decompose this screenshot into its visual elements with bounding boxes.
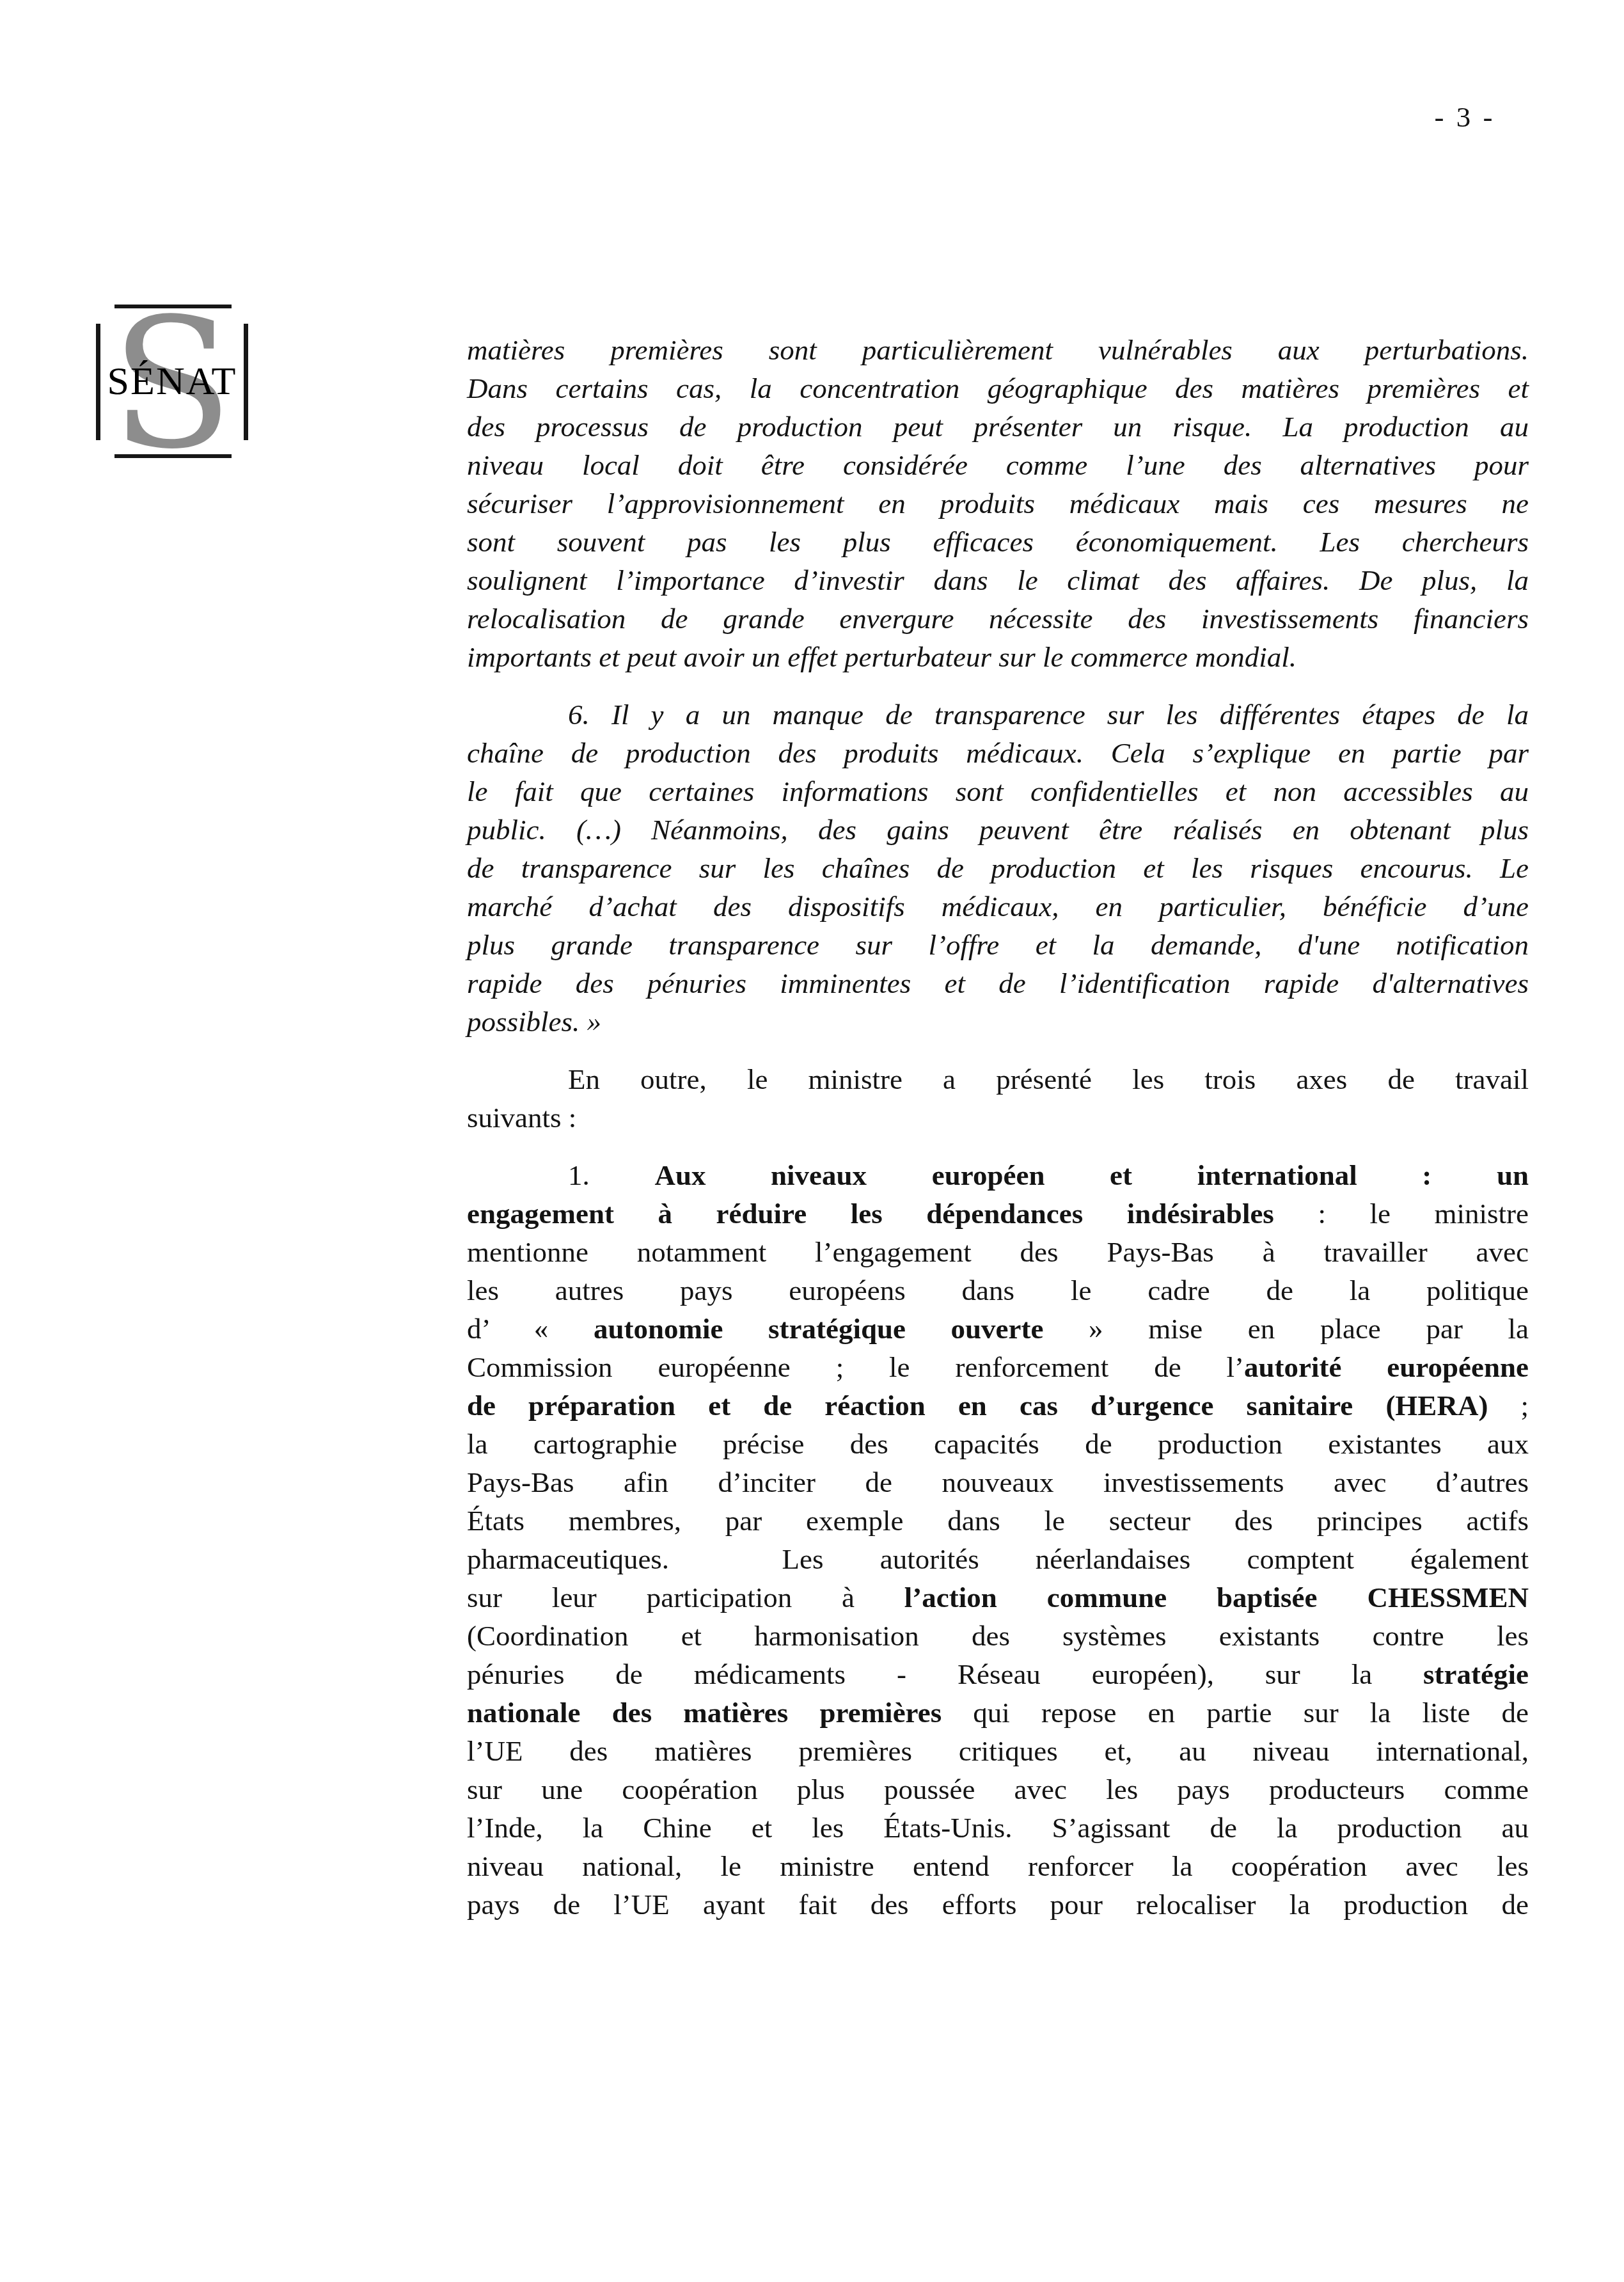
text-run: pharmaceutiques. Les autorités néerlanda… [467,1543,1529,1575]
text-line: des processus de production peut présent… [467,408,1529,446]
text-run: marché d’achat des dispositifs médicaux,… [467,891,1529,923]
text-run: Pays-Bas afin d’inciter de nouveaux inve… [467,1466,1529,1498]
text-line: sont souvent pas les plus efficaces écon… [467,523,1529,561]
text-line: États membres, par exemple dans le secte… [467,1502,1529,1540]
text-line: les autres pays européens dans le cadre … [467,1271,1529,1310]
text-run: plus grande transparence sur l’offre et … [467,929,1529,961]
text-run: l’UE des matières premières critiques et… [467,1735,1529,1767]
text-line: niveau national, le ministre entend renf… [467,1847,1529,1885]
text-run: : le ministre [1274,1198,1529,1230]
text-run: États membres, par exemple dans le secte… [467,1505,1529,1537]
text-line: l’Inde, la Chine et les États-Unis. S’ag… [467,1809,1529,1847]
document-body: matières premières sont particulièrement… [467,331,1529,1924]
text-line: pénuries de médicaments - Réseau europée… [467,1655,1529,1693]
text-line: plus grande transparence sur l’offre et … [467,926,1529,964]
text-run: chaîne de production des produits médica… [467,737,1529,769]
text-run: l’Inde, la Chine et les États-Unis. S’ag… [467,1812,1529,1844]
logo-rule-left [96,324,100,440]
text-run: importants et peut avoir un effet pertur… [467,641,1297,673]
text-run: 6. Il y a un manque de transparence sur … [568,699,1529,731]
text-line: Dans certains cas, la concentration géog… [467,369,1529,408]
body-paragraph: 6. Il y a un manque de transparence sur … [467,695,1529,1041]
text-line: Commission européenne ; le renforcement … [467,1348,1529,1386]
text-run: sont souvent pas les plus efficaces écon… [467,526,1529,558]
text-line: chaîne de production des produits médica… [467,734,1529,772]
text-line: soulignent l’importance d’investir dans … [467,561,1529,599]
text-run: matières premières sont particulièrement… [467,334,1529,366]
text-line: pays de l’UE ayant fait des efforts pour… [467,1885,1529,1924]
text-run: ; [1488,1390,1529,1422]
text-run: possibles. » [467,1006,601,1038]
bold-text-run: stratégie [1423,1658,1529,1690]
text-line: sur leur participation à l’action commun… [467,1578,1529,1617]
text-line: niveau local doit être considérée comme … [467,446,1529,484]
text-line: l’UE des matières premières critiques et… [467,1732,1529,1770]
text-run: suivants : [467,1102,576,1134]
bold-text-run: engagement à réduire les dépendances ind… [467,1198,1274,1230]
text-run: soulignent l’importance d’investir dans … [467,564,1529,596]
text-line: (Coordination et harmonisation des systè… [467,1617,1529,1655]
text-run: qui repose en partie sur la liste de [942,1697,1529,1729]
text-run: sur une coopération plus poussée avec le… [467,1773,1529,1805]
text-line: mentionne notamment l’engagement des Pay… [467,1233,1529,1271]
text-run: la cartographie précise des capacités de… [467,1428,1529,1460]
page-number: - 3 - [1380,100,1549,134]
text-line: de préparation et de réaction en cas d’u… [467,1386,1529,1425]
text-run: pays de l’UE ayant fait des efforts pour… [467,1889,1529,1921]
text-run: (Coordination et harmonisation des systè… [467,1620,1529,1652]
logo-rule-right [244,324,248,440]
text-line: public. (…) Néanmoins, des gains peuvent… [467,811,1529,849]
text-run: 1. [568,1159,654,1191]
text-run: » mise en place par la [1044,1313,1529,1345]
bold-text-run: nationale des matières premières [467,1697,942,1729]
senat-wordmark: SÉNAT [107,358,237,404]
text-run: les autres pays européens dans le cadre … [467,1274,1529,1306]
text-line: sécuriser l’approvisionnement en produit… [467,484,1529,523]
bold-text-run: autonomie stratégique ouverte [594,1313,1044,1345]
text-run: Commission européenne ; le renforcement … [467,1351,1244,1383]
text-run: public. (…) Néanmoins, des gains peuvent… [467,814,1529,846]
text-line: engagement à réduire les dépendances ind… [467,1194,1529,1233]
text-line: la cartographie précise des capacités de… [467,1425,1529,1463]
text-line: 1. Aux niveaux européen et international… [467,1156,1529,1194]
text-line: matières premières sont particulièrement… [467,331,1529,369]
text-run: niveau national, le ministre entend renf… [467,1850,1529,1882]
body-paragraph: matières premières sont particulièrement… [467,331,1529,676]
text-run: le fait que certaines informations sont … [467,775,1529,807]
text-line: rapide des pénuries imminentes et de l’i… [467,964,1529,1002]
bold-text-run: Aux niveaux européen et international : … [654,1159,1529,1191]
text-run: des processus de production peut présent… [467,411,1529,443]
text-run: mentionne notamment l’engagement des Pay… [467,1236,1529,1268]
text-run: relocalisation de grande envergure néces… [467,603,1529,635]
text-line: importants et peut avoir un effet pertur… [467,638,1529,676]
text-run: pénuries de médicaments - Réseau europée… [467,1658,1423,1690]
text-line: Pays-Bas afin d’inciter de nouveaux inve… [467,1463,1529,1502]
text-line: marché d’achat des dispositifs médicaux,… [467,887,1529,926]
text-line: pharmaceutiques. Les autorités néerlanda… [467,1540,1529,1578]
bold-text-run: l’action commune baptisée CHESSMEN [904,1581,1529,1613]
bold-text-run: de préparation et de réaction en cas d’u… [467,1390,1488,1422]
text-run: de transparence sur les chaînes de produ… [467,852,1529,884]
text-run: Dans certains cas, la concentration géog… [467,372,1529,404]
body-paragraph: 1. Aux niveaux européen et international… [467,1156,1529,1924]
text-line: En outre, le ministre a présenté les tro… [467,1060,1529,1098]
text-line: possibles. » [467,1002,1529,1041]
text-line: 6. Il y a un manque de transparence sur … [467,695,1529,734]
text-run: sécuriser l’approvisionnement en produit… [467,487,1529,519]
text-line: relocalisation de grande envergure néces… [467,599,1529,638]
text-line: le fait que certaines informations sont … [467,772,1529,811]
bold-text-run: autorité européenne [1244,1351,1529,1383]
text-line: nationale des matières premières qui rep… [467,1693,1529,1732]
senat-logo: S SÉNAT [96,299,248,459]
text-run: d’ « [467,1313,594,1345]
text-line: suivants : [467,1098,1529,1137]
body-paragraph: En outre, le ministre a présenté les tro… [467,1060,1529,1137]
text-line: d’ « autonomie stratégique ouverte » mis… [467,1310,1529,1348]
text-run: En outre, le ministre a présenté les tro… [568,1063,1529,1095]
text-line: de transparence sur les chaînes de produ… [467,849,1529,887]
text-run: sur leur participation à [467,1581,904,1613]
document-page: - 3 - S SÉNAT matières premières sont pa… [0,0,1624,2282]
text-run: niveau local doit être considérée comme … [467,449,1529,481]
text-run: rapide des pénuries imminentes et de l’i… [467,967,1529,999]
text-line: sur une coopération plus poussée avec le… [467,1770,1529,1809]
